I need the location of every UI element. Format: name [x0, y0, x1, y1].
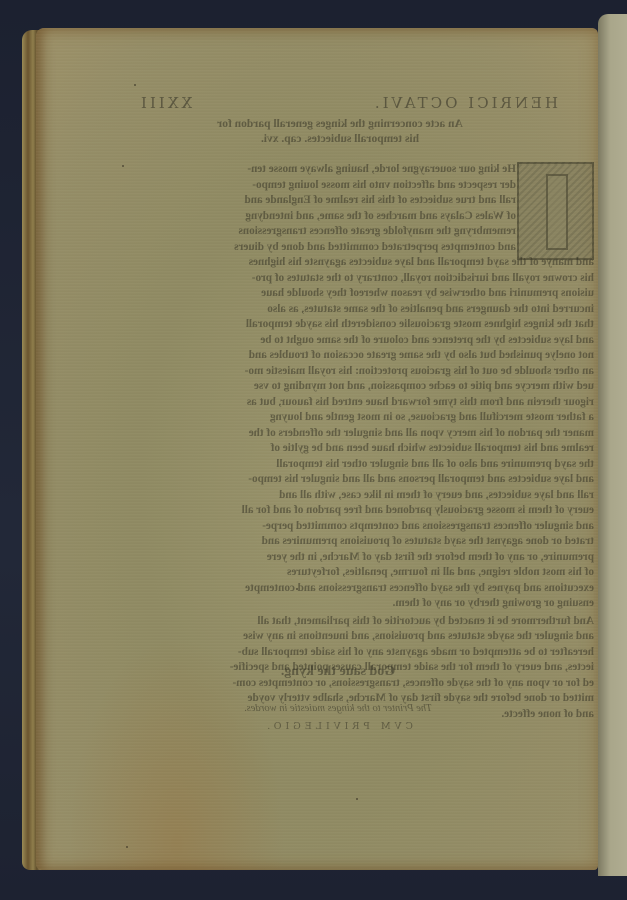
- paper-speck: [356, 798, 358, 800]
- body-line: rall and true subiectes of this his real…: [168, 193, 516, 209]
- body-line: of Wales Calays and marches of the same,…: [168, 209, 516, 225]
- body-line: He king our soueraygne lorde, hauing alw…: [168, 162, 516, 178]
- decorated-initial: [517, 162, 594, 260]
- initial-letter-glyph: [546, 174, 568, 250]
- body-line: and manye of the sayd temporall and laye…: [168, 255, 594, 271]
- body-line: maner the pardon of his mercy vpon all a…: [168, 426, 594, 442]
- body-line: a father moste mercifull and graciouse, …: [168, 410, 594, 426]
- body-line: and contemptes perpetrated committed and…: [168, 240, 516, 256]
- body-line: an other shoulde be out of his gracious …: [168, 364, 594, 380]
- body-line: ensuing or growing therby or any of them…: [168, 596, 594, 612]
- running-head-title: HENRICI OCTAVI.: [372, 94, 558, 112]
- body-line: der respecte and affection vnto his moss…: [168, 178, 516, 194]
- body-line: euery of them is mosse graciously pardon…: [168, 503, 594, 519]
- body-line: hereafter to be attempted or made agayns…: [168, 645, 594, 661]
- paper-speck: [122, 165, 124, 167]
- body-line: his crowne royall and iurisdiction royal…: [168, 271, 594, 287]
- body-line: remembryng the manyfolde greate offences…: [168, 224, 516, 240]
- text-beside-initial: He king our soueraygne lorde, hauing alw…: [168, 162, 516, 255]
- closing-line: God saue the kyng.: [238, 664, 438, 680]
- body-line: that the kinges highnes moste graciousli…: [168, 317, 594, 333]
- paper-speck: [296, 588, 298, 590]
- facing-page-edge: [598, 14, 627, 876]
- body-line: uisions premuniri and otherwise by reaso…: [168, 286, 594, 302]
- body-line: and singuler offences transgressions and…: [168, 519, 594, 535]
- body-line: and singuler the sayde statutes and prou…: [168, 629, 594, 645]
- body-line: and laye subiectes and temporall persons…: [168, 472, 594, 488]
- body-line: the sayd premunire and also of all and s…: [168, 457, 594, 473]
- colophon: The Printer to the kinges maiestie in wo…: [188, 703, 488, 714]
- body-line: rigour therein and from this tyme forwar…: [168, 395, 594, 411]
- running-head: HENRICI OCTAVI. XXIII: [138, 94, 558, 112]
- mirrored-show-through: HENRICI OCTAVI. XXIII An acte concerning…: [36, 28, 598, 870]
- body-line: premunire, or any of them before the fir…: [168, 550, 594, 566]
- folio-number: XXIII: [138, 94, 192, 112]
- chapter-title-line-1: An acte concerning the kinges generall p…: [170, 118, 510, 130]
- paper-speck: [126, 846, 128, 848]
- chapter-title-line-2: his temporall subiectes. cap. xvi.: [170, 133, 510, 145]
- main-paragraph: and manye of the sayd temporall and laye…: [168, 255, 594, 612]
- body-line: trated or done agaynst the sayd statutes…: [168, 534, 594, 550]
- book-page: HENRICI OCTAVI. XXIII An acte concerning…: [36, 28, 598, 870]
- body-line: rall and laye subiectes, and euery of th…: [168, 488, 594, 504]
- body-line: and laye subiectes by the pretence and c…: [168, 333, 594, 349]
- body-line: And furthermore be it enacted by auctori…: [168, 614, 594, 630]
- privilege-line: CVM PRIVILEGIO.: [188, 721, 488, 732]
- body-line: not onelye punished but also by the same…: [168, 348, 594, 364]
- body-line: ued with mercye and pitie to eache compa…: [168, 379, 594, 395]
- body-line: realme and his temporall subiectes which…: [168, 441, 594, 457]
- body-line: of his most noble reigne, and all in fou…: [168, 565, 594, 581]
- body-line: incurred into the daungers and penalties…: [168, 302, 594, 318]
- body-line: executions and paynes by the sayd offenc…: [168, 581, 594, 597]
- paper-speck: [134, 84, 136, 86]
